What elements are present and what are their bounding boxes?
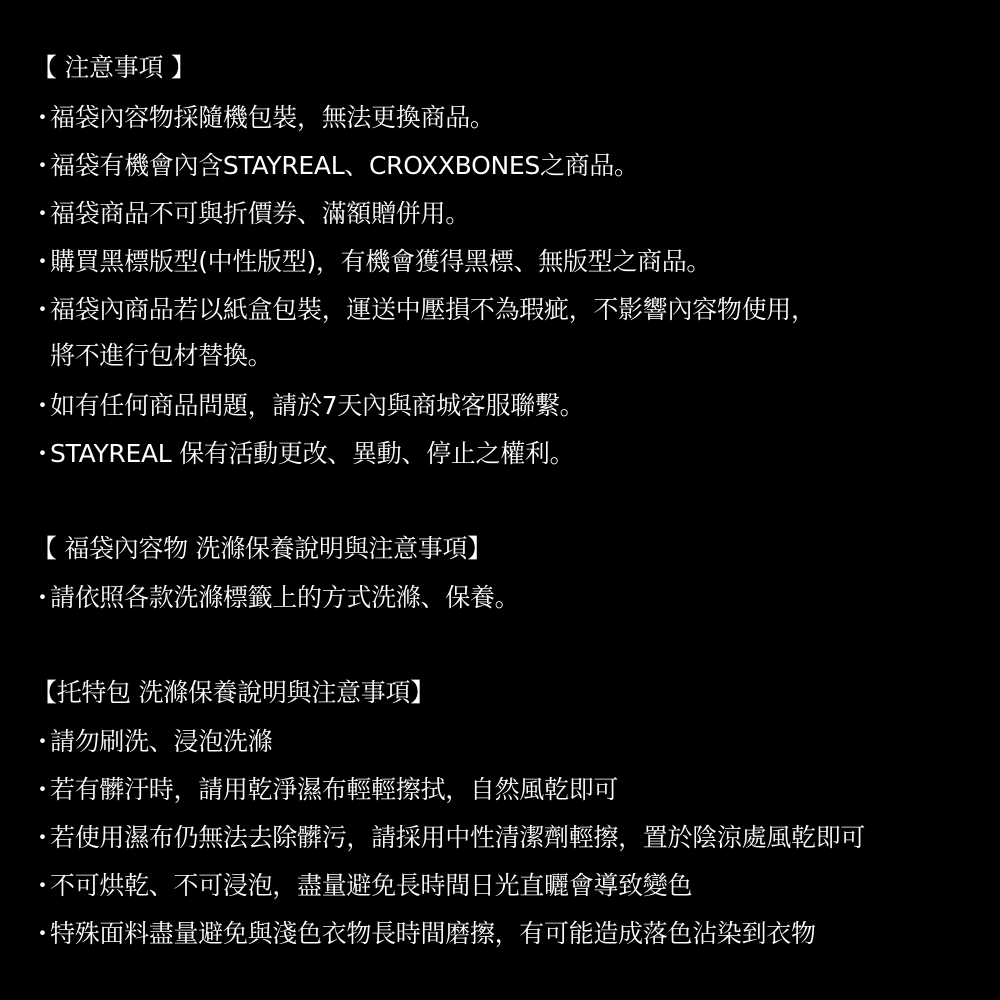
list-item: ・請依照各款洗滌標籤上的方式洗滌、保養。 xyxy=(30,582,519,614)
list-item: ・若有髒汙時，請用乾淨濕布輕輕擦拭，自然風乾即可 xyxy=(30,774,618,806)
bullet-icon: ・ xyxy=(30,870,50,902)
list-item: ・購買黑標版型(中性版型)，有機會獲得黑標、無版型之商品。 xyxy=(30,246,711,278)
section-heading-notice: 【 注意事項 】 xyxy=(32,52,196,84)
list-item-text: 福袋內容物採隨機包裝，無法更換商品。 xyxy=(50,103,495,132)
list-item: ・福袋內商品若以紙盒包裝，運送中壓損不為瑕疵，不影響內容物使用， xyxy=(30,294,816,326)
list-item-continuation: 將不進行包材替換。 xyxy=(50,340,272,372)
list-item-text: 特殊面料盡量避免與淺色衣物長時間磨擦，有可能造成落色沾染到衣物 xyxy=(50,919,816,948)
section-heading-tote-care: 【托特包 洗滌保養說明與注意事項】 xyxy=(32,677,435,709)
bullet-icon: ・ xyxy=(30,102,50,134)
list-item-text: 購買黑標版型(中性版型)，有機會獲得黑標、無版型之商品。 xyxy=(50,247,711,276)
list-item-text: 若有髒汙時，請用乾淨濕布輕輕擦拭，自然風乾即可 xyxy=(50,775,618,804)
section-heading-bag-contents-care: 【 福袋內容物 洗滌保養說明與注意事項】 xyxy=(32,533,492,565)
bullet-icon: ・ xyxy=(30,390,50,422)
list-item: ・不可烘乾、不可浸泡，盡量避免長時間日光直曬會導致變色 xyxy=(30,870,692,902)
bullet-icon: ・ xyxy=(30,918,50,950)
bullet-icon: ・ xyxy=(30,582,50,614)
list-item-text: 不可烘乾、不可浸泡，盡量避免長時間日光直曬會導致變色 xyxy=(50,871,692,900)
bullet-icon: ・ xyxy=(30,774,50,806)
bullet-icon: ・ xyxy=(30,198,50,230)
list-item-text: 請勿刷洗、浸泡洗滌 xyxy=(50,727,272,756)
list-item-text: 若使用濕布仍無法去除髒污，請採用中性清潔劑輕擦，置於陰涼處風乾即可 xyxy=(50,823,865,852)
list-item: ・福袋內容物採隨機包裝，無法更換商品。 xyxy=(30,102,495,134)
list-item-text: 如有任何商品問題，請於7天內與商城客服聯繫。 xyxy=(50,391,584,420)
bullet-icon: ・ xyxy=(30,246,50,278)
list-item: ・如有任何商品問題，請於7天內與商城客服聯繫。 xyxy=(30,390,584,422)
list-item: ・STAYREAL 保有活動更改、異動、停止之權利。 xyxy=(30,438,574,470)
list-item-text: 福袋有機會內含STAYREAL、CROXXBONES之商品。 xyxy=(50,151,639,180)
bullet-icon: ・ xyxy=(30,294,50,326)
list-item-text: 福袋內商品若以紙盒包裝，運送中壓損不為瑕疵，不影響內容物使用， xyxy=(50,295,816,324)
bullet-icon: ・ xyxy=(30,438,50,470)
list-item-text: STAYREAL 保有活動更改、異動、停止之權利。 xyxy=(50,439,574,468)
list-item: ・福袋有機會內含STAYREAL、CROXXBONES之商品。 xyxy=(30,150,639,182)
list-item: ・特殊面料盡量避免與淺色衣物長時間磨擦，有可能造成落色沾染到衣物 xyxy=(30,918,816,950)
bullet-icon: ・ xyxy=(30,726,50,758)
list-item: ・若使用濕布仍無法去除髒污，請採用中性清潔劑輕擦，置於陰涼處風乾即可 xyxy=(30,822,865,854)
list-item: ・請勿刷洗、浸泡洗滌 xyxy=(30,726,272,758)
list-item-text: 請依照各款洗滌標籤上的方式洗滌、保養。 xyxy=(50,583,519,612)
list-item: ・福袋商品不可與折價券、滿額贈併用。 xyxy=(30,198,470,230)
bullet-icon: ・ xyxy=(30,822,50,854)
bullet-icon: ・ xyxy=(30,150,50,182)
list-item-text: 福袋商品不可與折價券、滿額贈併用。 xyxy=(50,199,470,228)
